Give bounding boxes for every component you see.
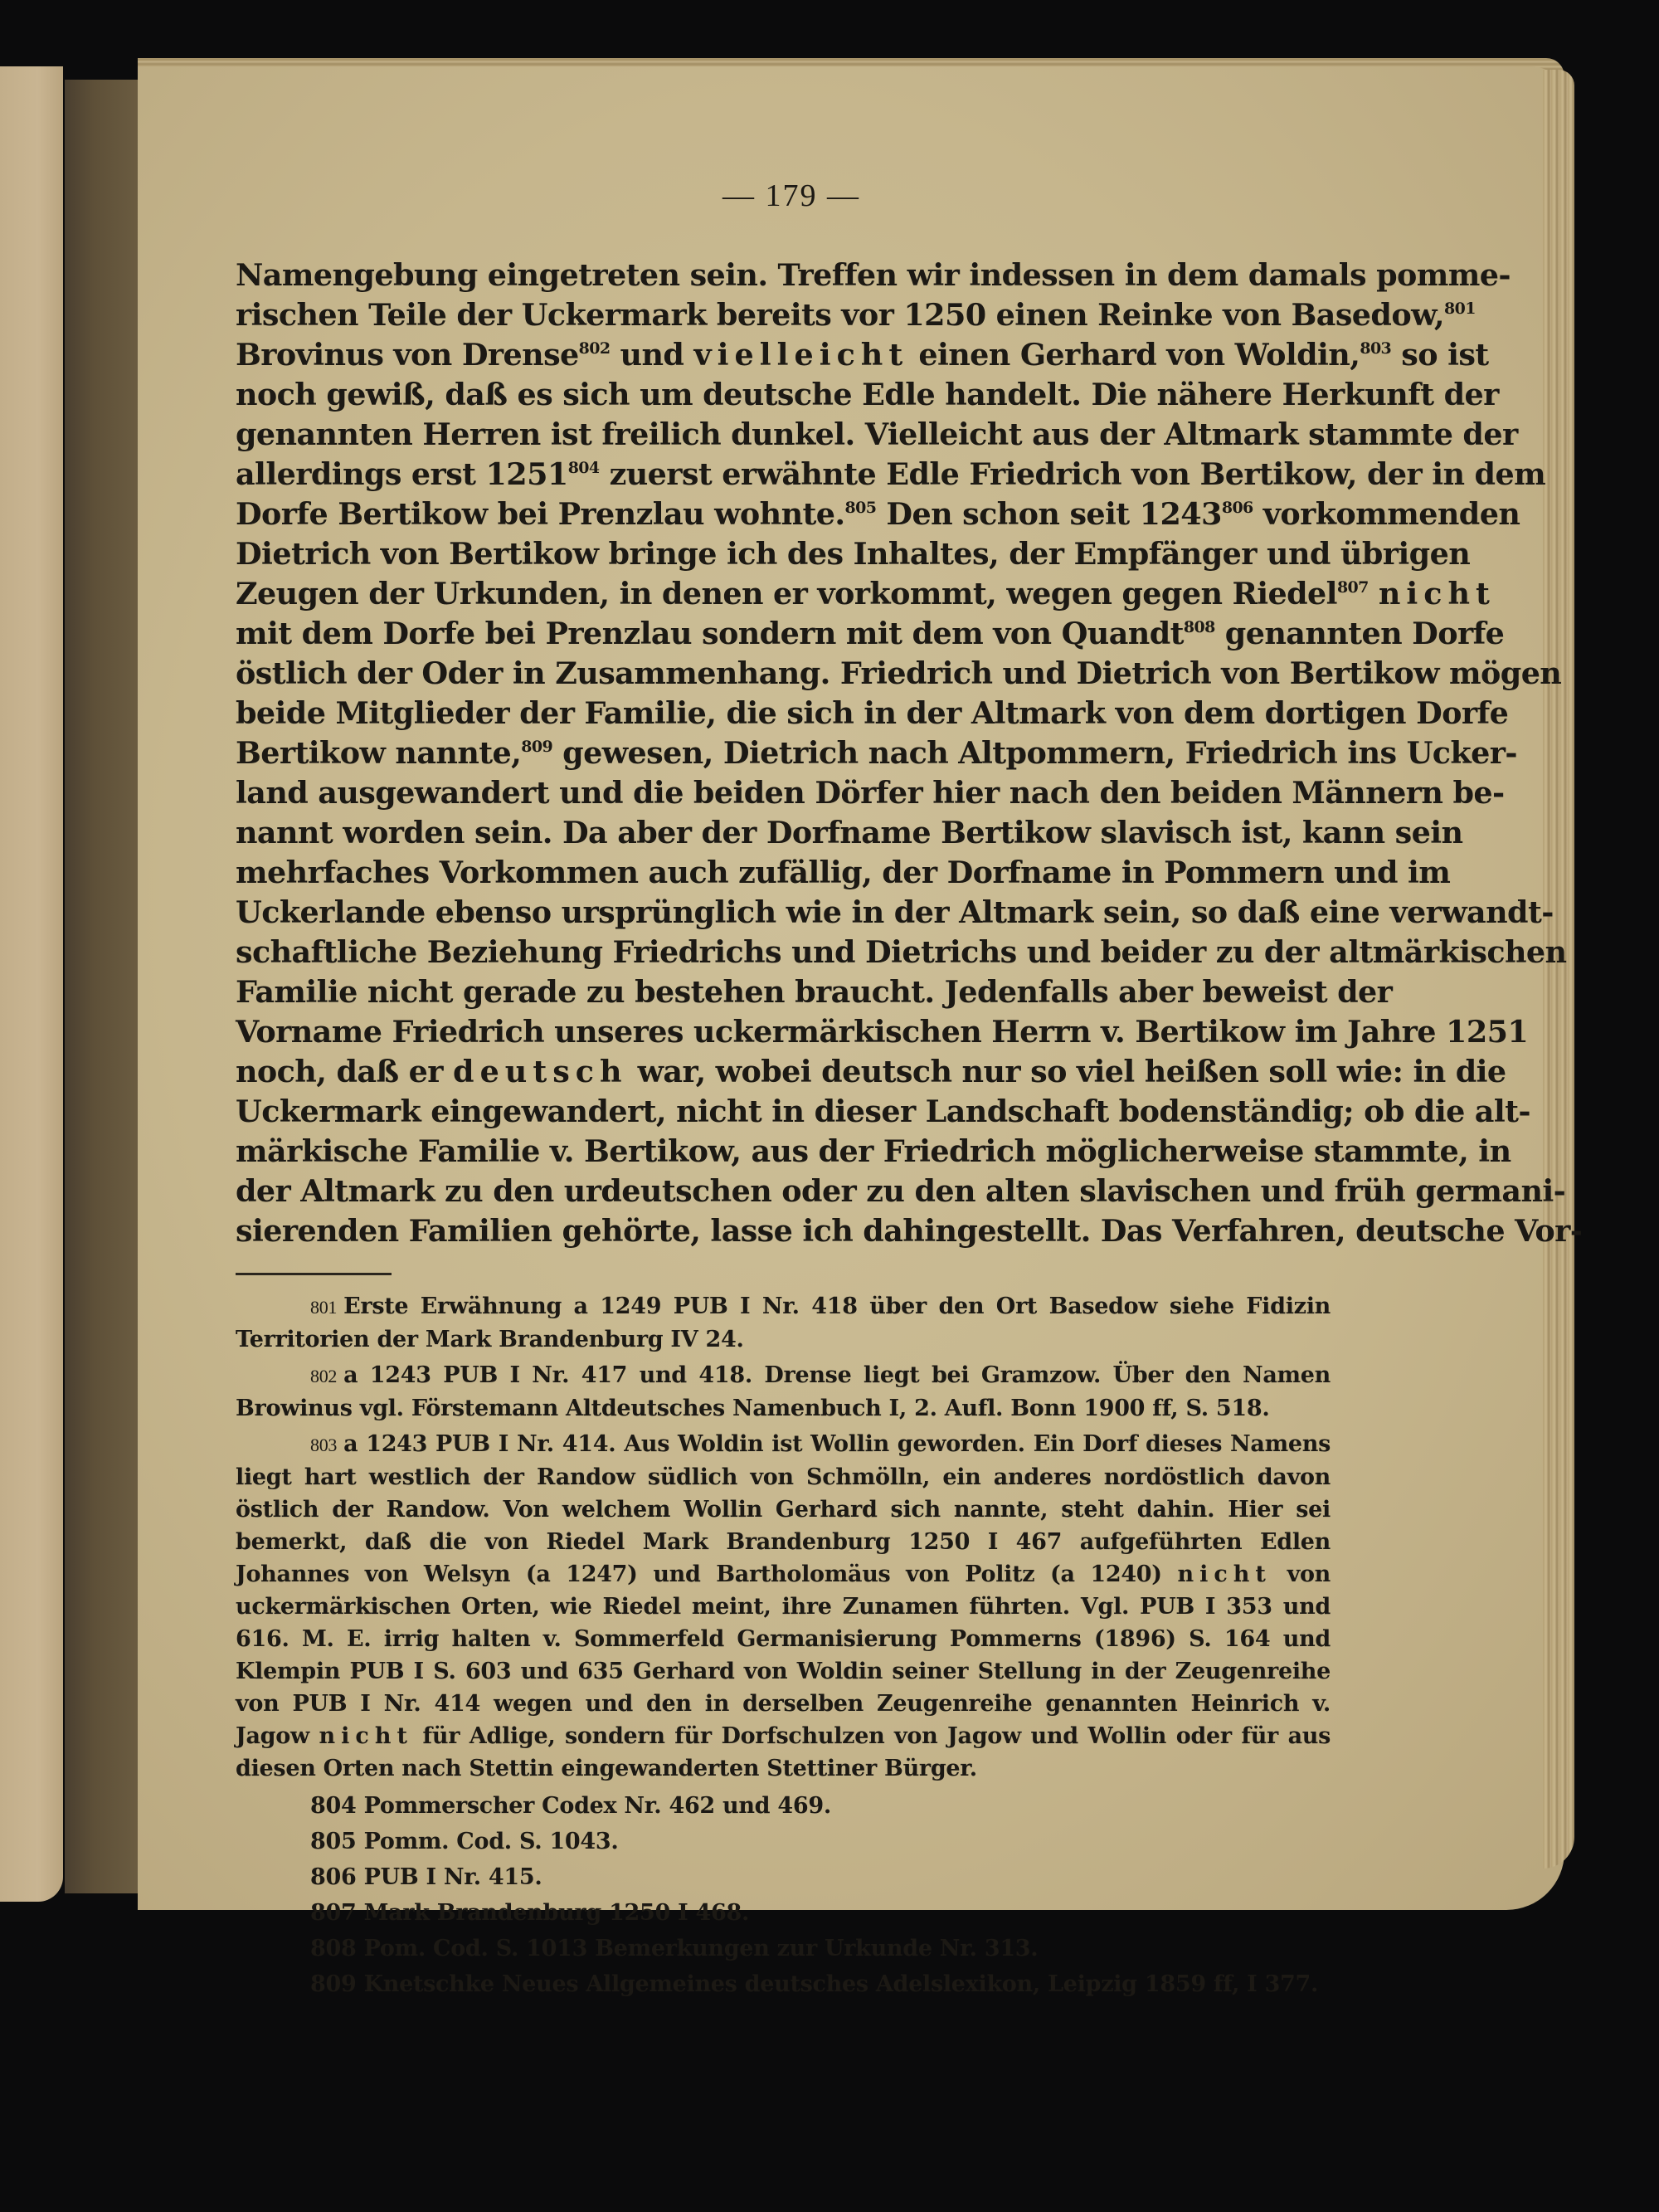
body-line: Dietrich von Bertikow bringe ich des Inh…	[236, 534, 1331, 574]
body-line: sierenden Familien gehörte, lasse ich da…	[236, 1211, 1331, 1251]
emphasis-spaced: nicht	[1379, 576, 1496, 611]
footnotes: 801Erste Erwähnung a 1249 PUB I Nr. 418 …	[236, 1290, 1331, 2002]
book-gutter	[65, 80, 139, 1893]
body-line: Familie nicht gerade zu bestehen braucht…	[236, 972, 1331, 1012]
footnote-number: 806	[310, 1864, 356, 1890]
body-line: märkische Familie v. Bertikow, aus der F…	[236, 1132, 1331, 1172]
footnote-ref: 809	[521, 738, 552, 756]
body-line: mit dem Dorfe bei Prenzlau sondern mit d…	[236, 614, 1331, 654]
footnote-ref: 802	[579, 339, 611, 358]
footnote-ref: 804	[568, 459, 600, 477]
footnote-ref: 807	[1337, 578, 1369, 597]
body-line: beide Mitglieder der Familie, die sich i…	[236, 694, 1331, 733]
body-line: Namengebung eingetreten sein. Treffen wi…	[236, 256, 1331, 295]
emphasis-spaced: nicht	[1177, 1562, 1271, 1587]
body-line: der Altmark zu den urdeutschen oder zu d…	[236, 1172, 1331, 1211]
footnote-number: 807	[310, 1900, 356, 1926]
footnote-number: 803	[310, 1435, 337, 1455]
footnote-801: 801Erste Erwähnung a 1249 PUB I Nr. 418 …	[236, 1290, 1331, 1356]
body-line: land ausgewandert und die beiden Dörfer …	[236, 773, 1331, 813]
body-line: schaftliche Beziehung Friedrichs und Die…	[236, 933, 1331, 972]
body-line: Uckermark eingewandert, nicht in dieser …	[236, 1092, 1331, 1132]
footnote-number: 802	[310, 1366, 337, 1386]
footnote-809: 809 Knetschke Neues Allgemeines deutsche…	[236, 1966, 1331, 2002]
footnote-805: 805 Pomm. Cod. S. 1043.	[236, 1824, 1331, 1859]
footnote-ref: 805	[845, 499, 877, 517]
facing-page-edge	[0, 66, 63, 1902]
footnote-806: 806 PUB I Nr. 415.	[236, 1859, 1331, 1895]
footnote-number: 808	[310, 1936, 356, 1961]
footnote-807: 807 Mark Brandenburg 1250 I 468.	[236, 1895, 1331, 1931]
footnote-ref: 806	[1222, 499, 1253, 517]
footnote-number: 809	[310, 1971, 356, 1997]
body-line: Zeugen der Urkunden, in denen er vorkomm…	[236, 574, 1331, 614]
footnote-separator	[236, 1273, 392, 1275]
page-content: — 179 — Namengebung eingetreten sein. Tr…	[236, 178, 1331, 2002]
body-line: Dorfe Bertikow bei Prenzlau wohnte.805 D…	[236, 495, 1331, 534]
body-line: noch, daß er deutsch war, wobei deutsch …	[236, 1052, 1331, 1092]
footnote-number: 805	[310, 1829, 356, 1854]
body-line: genannten Herren ist freilich dunkel. Vi…	[236, 415, 1331, 455]
footnote-802: 802a 1243 PUB I Nr. 417 und 418. Drense …	[236, 1359, 1331, 1425]
body-line: mehrfaches Vorkommen auch zufällig, der …	[236, 853, 1331, 893]
body-line: Bertikow nannte,809 gewesen, Dietrich na…	[236, 733, 1331, 773]
body-line: Vorname Friedrich unseres uckermärkische…	[236, 1012, 1331, 1052]
emphasis-spaced: nicht	[319, 1723, 413, 1749]
body-text: Namengebung eingetreten sein. Treffen wi…	[236, 256, 1331, 1251]
footnote-804: 804 Pommerscher Codex Nr. 462 und 469.	[236, 1788, 1331, 1824]
footnote-number: 804	[310, 1793, 356, 1819]
emphasis-spaced: deutsch	[453, 1054, 627, 1089]
footnote-803: 803a 1243 PUB I Nr. 414. Aus Woldin ist …	[236, 1428, 1331, 1785]
footnote-ref: 803	[1360, 339, 1391, 358]
body-line: östlich der Oder in Zusammenhang. Friedr…	[236, 654, 1331, 694]
page-number: — 179 —	[252, 178, 1331, 214]
emphasis-spaced: vielleicht	[693, 337, 908, 373]
body-line: nannt worden sein. Da aber der Dorfname …	[236, 813, 1331, 853]
footnote-number: 801	[310, 1297, 337, 1318]
body-line: Brovinus von Drense802 und vielleicht ei…	[236, 335, 1331, 375]
footnote-ref: 808	[1184, 618, 1215, 636]
body-line: Uckerlande ebenso ursprünglich wie in de…	[236, 893, 1331, 933]
body-line: noch gewiß, daß es sich um deutsche Edle…	[236, 375, 1331, 415]
footnote-808: 808 Pom. Cod. S. 1013 Bemerkungen zur Ur…	[236, 1931, 1331, 1966]
body-line: rischen Teile der Uckermark bereits vor …	[236, 295, 1331, 335]
body-line: allerdings erst 1251804 zuerst erwähnte …	[236, 455, 1331, 495]
footnote-ref: 801	[1444, 300, 1476, 318]
